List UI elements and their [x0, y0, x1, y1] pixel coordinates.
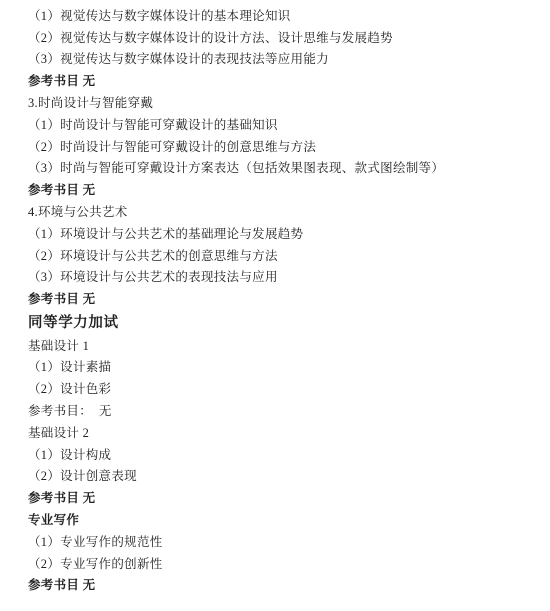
reference-line: 参考书目 无 [28, 573, 532, 595]
reference-line: 参考书目 无 [28, 69, 532, 91]
list-item: （1）专业写作的规范性 [28, 530, 532, 552]
list-item: （1）视觉传达与数字媒体设计的基本理论知识 [28, 4, 532, 26]
list-item: （2）设计色彩 [28, 377, 532, 399]
document-body: （1）视觉传达与数字媒体设计的基本理论知识（2）视觉传达与数字媒体设计的设计方法… [0, 0, 550, 595]
subsection-title: 基础设计 1 [28, 334, 532, 356]
list-item: （1）时尚设计与智能可穿戴设计的基础知识 [28, 113, 532, 135]
subsection-title: 参考书目： 无 [28, 399, 532, 421]
list-item: （1）设计构成 [28, 443, 532, 465]
subsection-title: 基础设计 2 [28, 421, 532, 443]
list-item: （2）设计创意表现 [28, 464, 532, 486]
list-item: （2）时尚设计与智能可穿戴设计的创意思维与方法 [28, 135, 532, 157]
list-item: （1）环境设计与公共艺术的基础理论与发展趋势 [28, 222, 532, 244]
subsection-title: 4.环境与公共艺术 [28, 200, 532, 222]
list-item: （3）环境设计与公共艺术的表现技法与应用 [28, 266, 532, 288]
reference-line: 参考书目 无 [28, 486, 532, 508]
list-item: （2）视觉传达与数字媒体设计的设计方法、设计思维与发展趋势 [28, 26, 532, 48]
list-item: （2）专业写作的创新性 [28, 552, 532, 574]
list-item: （2）环境设计与公共艺术的创意思维与方法 [28, 244, 532, 266]
list-item: （1）设计素描 [28, 355, 532, 377]
reference-line: 参考书目 无 [28, 287, 532, 309]
list-item: （3）时尚与智能可穿戴设计方案表达（包括效果图表现、款式图绘制等） [28, 157, 532, 179]
section-heading: 同等学力加试 [28, 309, 532, 334]
reference-line: 专业写作 [28, 508, 532, 530]
subsection-title: 3.时尚设计与智能穿戴 [28, 91, 532, 113]
list-item: （3）视觉传达与数字媒体设计的表现技法等应用能力 [28, 48, 532, 70]
reference-line: 参考书目 无 [28, 178, 532, 200]
